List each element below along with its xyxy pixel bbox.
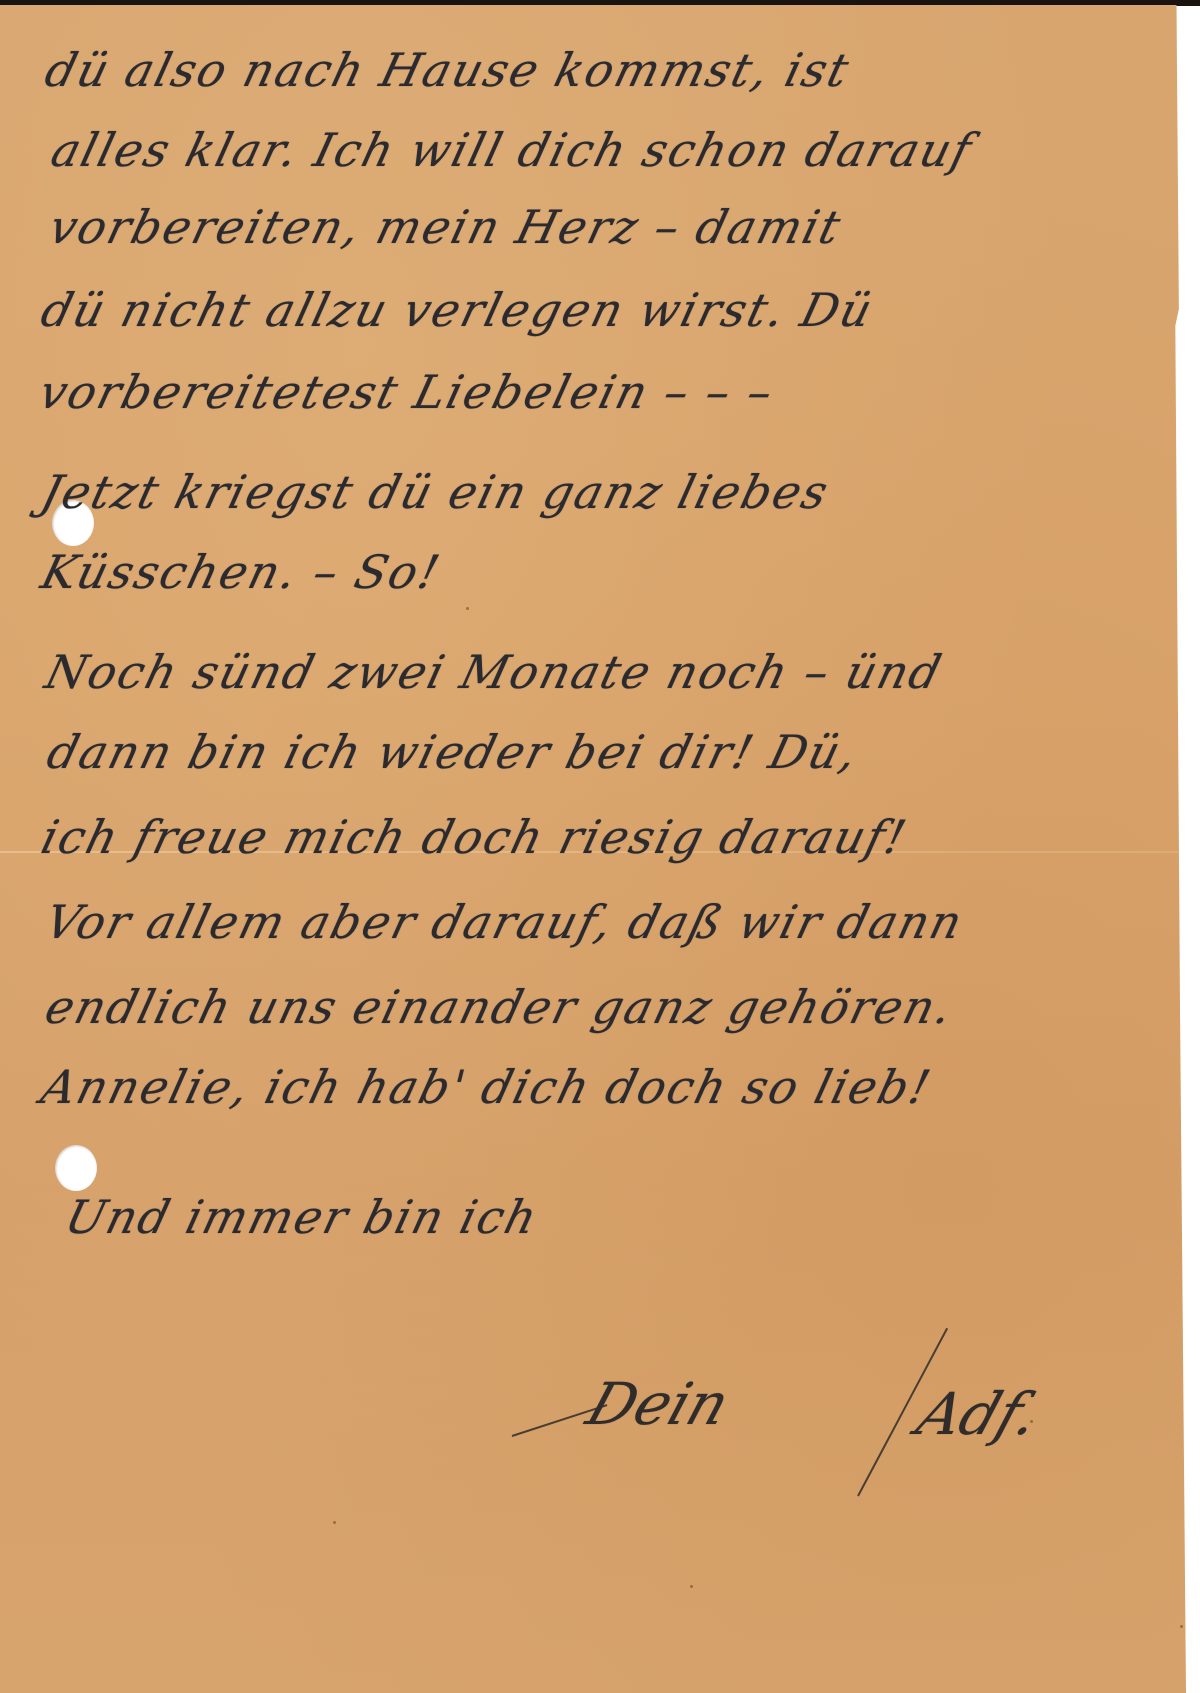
letter-line-8: Noch sünd zwei Monate noch – ünd xyxy=(40,645,948,699)
letter-line-11: Vor allem aber darauf, daß wir dann xyxy=(40,895,969,949)
letter-line-13: Annelie, ich hab' dich doch so lieb! xyxy=(36,1060,937,1114)
paper-speck xyxy=(690,1585,693,1588)
closing-word: Dein xyxy=(579,1370,738,1438)
letter-line-10: ich freue mich doch riesig darauf! xyxy=(36,810,913,864)
letter-line-3: vorbereiten, mein Herz – damit xyxy=(44,200,848,254)
letter-line-1: dü also nach Hause kommst, ist xyxy=(40,43,856,97)
letter-line-9: dann bin ich wieder bei dir! Dü, xyxy=(42,725,864,779)
paper-speck xyxy=(333,1521,336,1524)
letter-line-12: endlich uns einander ganz gehören. xyxy=(40,980,959,1034)
letter-line-7: Küsschen. – So! xyxy=(36,545,446,599)
letter-paper: dü also nach Hause kommst, ist alles kla… xyxy=(0,5,1186,1693)
letter-line-14: Und immer bin ich xyxy=(60,1190,544,1244)
signature: Adf. xyxy=(909,1380,1048,1448)
letter-line-5: vorbereitetest Liebelein – – – xyxy=(34,365,780,419)
letter-line-6: Jetzt kriegst dü ein ganz liebes xyxy=(36,465,835,519)
punch-hole-lower xyxy=(55,1145,97,1191)
paper-speck xyxy=(466,607,469,610)
letter-line-4: dü nicht allzu verlegen wirst. Dü xyxy=(36,283,879,337)
paper-speck xyxy=(1180,1625,1183,1628)
letter-line-2: alles klar. Ich will dich schon darauf xyxy=(46,123,978,177)
